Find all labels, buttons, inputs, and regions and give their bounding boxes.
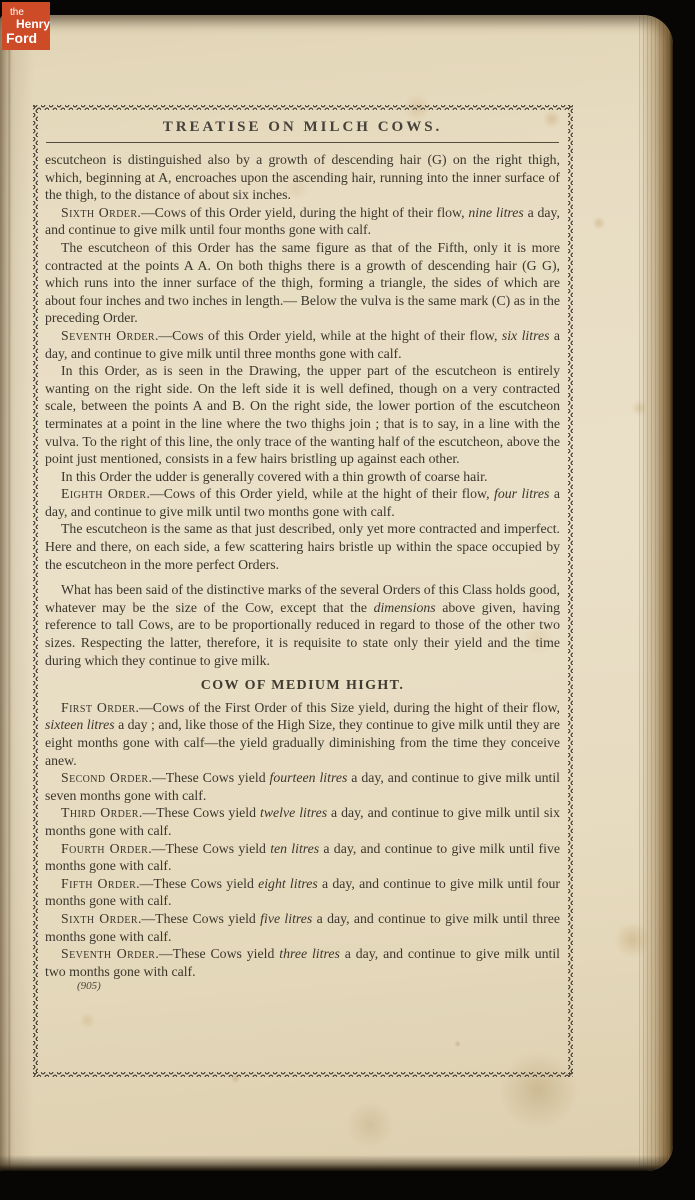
- paragraph: Sixth Order.—These Cows yield five litre…: [45, 910, 560, 945]
- text-run: .—These Cows yield: [149, 770, 270, 785]
- ornamental-border-frame: TREATISE ON MILCH COWS. escutcheon is di…: [33, 105, 573, 1077]
- page-gutter-shadow: [0, 15, 34, 1171]
- paragraph: escutcheon is distinguished also by a gr…: [45, 151, 560, 204]
- paragraph: The escutcheon of this Order has the sam…: [45, 239, 560, 327]
- order-name: Seventh Order: [61, 328, 155, 343]
- page-number: (905): [77, 980, 560, 993]
- text-run: .—These Cows yield: [139, 805, 260, 820]
- text-run: .—Cows of the First Order of this Size y…: [136, 700, 560, 715]
- italic-run: three litres: [279, 946, 340, 961]
- paragraph: Seventh Order.—These Cows yield three li…: [45, 945, 560, 980]
- italic-run: sixteen litres: [45, 717, 115, 732]
- text-run: .—These Cows yield: [138, 911, 260, 926]
- header-rule: [46, 142, 559, 143]
- paragraph: Fourth Order.—These Cows yield ten litre…: [45, 840, 560, 875]
- text-flow: escutcheon is distinguished also by a gr…: [45, 151, 560, 980]
- wavy-border-right: [568, 105, 573, 1077]
- page-content: TREATISE ON MILCH COWS. escutcheon is di…: [45, 107, 560, 993]
- text-run: a day ; and, like those of the High Size…: [45, 717, 560, 767]
- italic-run: eight litres: [258, 876, 318, 891]
- italic-run: five litres: [260, 911, 312, 926]
- text-run: .—Cows of this Order yield, during the h…: [137, 205, 468, 220]
- paragraph: First Order.—Cows of the First Order of …: [45, 699, 560, 769]
- paragraph: In this Order the udder is generally cov…: [45, 468, 560, 486]
- text-run: escutcheon is distinguished also by a gr…: [45, 152, 560, 202]
- italic-run: twelve litres: [260, 805, 327, 820]
- text-run: .—Cows of this Order yield, while at the…: [155, 328, 502, 343]
- order-name: Eighth Order: [61, 486, 146, 501]
- wavy-border-bottom: [33, 1072, 573, 1077]
- italic-run: ten litres: [270, 841, 319, 856]
- paragraph: Sixth Order.—Cows of this Order yield, d…: [45, 204, 560, 239]
- text-run: In this Order, as is seen in the Drawing…: [45, 363, 560, 466]
- scan-canvas: TREATISE ON MILCH COWS. escutcheon is di…: [0, 0, 695, 1200]
- text-run: .—These Cows yield: [155, 946, 279, 961]
- book-page: TREATISE ON MILCH COWS. escutcheon is di…: [0, 15, 673, 1171]
- order-name: Sixth Order: [61, 205, 137, 220]
- italic-run: fourteen litres: [270, 770, 348, 785]
- text-run: The escutcheon is the same as that just …: [45, 521, 560, 571]
- paragraph: In this Order, as is seen in the Drawing…: [45, 362, 560, 468]
- page-edge-right: [639, 15, 673, 1171]
- section-heading: COW OF MEDIUM HIGHT.: [45, 677, 560, 695]
- wavy-border-left: [33, 105, 38, 1077]
- paragraph: Second Order.—These Cows yield fourteen …: [45, 769, 560, 804]
- paragraph: Fifth Order.—These Cows yield eight litr…: [45, 875, 560, 910]
- logo-word-henry: Henry: [16, 17, 50, 31]
- order-name: Fifth Order: [61, 876, 136, 891]
- text-run: In this Order the udder is generally cov…: [61, 469, 487, 484]
- italic-run: dimensions: [374, 600, 436, 615]
- text-run: .—These Cows yield: [148, 841, 270, 856]
- text-run: The escutcheon of this Order has the sam…: [45, 240, 560, 325]
- order-name: Third Order: [61, 805, 139, 820]
- paragraph: The escutcheon is the same as that just …: [45, 520, 560, 573]
- order-name: Fourth Order: [61, 841, 148, 856]
- italic-run: four litres: [494, 486, 549, 501]
- text-run: .—Cows of this Order yield, while at the…: [146, 486, 494, 501]
- henry-ford-logo: the Henry Ford: [2, 2, 50, 50]
- text-run: .—These Cows yield: [136, 876, 258, 891]
- paragraph: Third Order.—These Cows yield twelve lit…: [45, 804, 560, 839]
- running-head: TREATISE ON MILCH COWS.: [45, 107, 560, 136]
- paragraph: Seventh Order.—Cows of this Order yield,…: [45, 327, 560, 362]
- page-edge-bottom: [0, 1155, 673, 1171]
- logo-word-ford: Ford: [6, 30, 37, 46]
- italic-run: six litres: [502, 328, 550, 343]
- order-name: First Order: [61, 700, 136, 715]
- order-name: Second Order: [61, 770, 149, 785]
- order-name: Sixth Order: [61, 911, 138, 926]
- paragraph: Eighth Order.—Cows of this Order yield, …: [45, 485, 560, 520]
- italic-run: nine litres: [468, 205, 523, 220]
- order-name: Seventh Order: [61, 946, 155, 961]
- paragraph: What has been said of the distinctive ma…: [45, 581, 560, 669]
